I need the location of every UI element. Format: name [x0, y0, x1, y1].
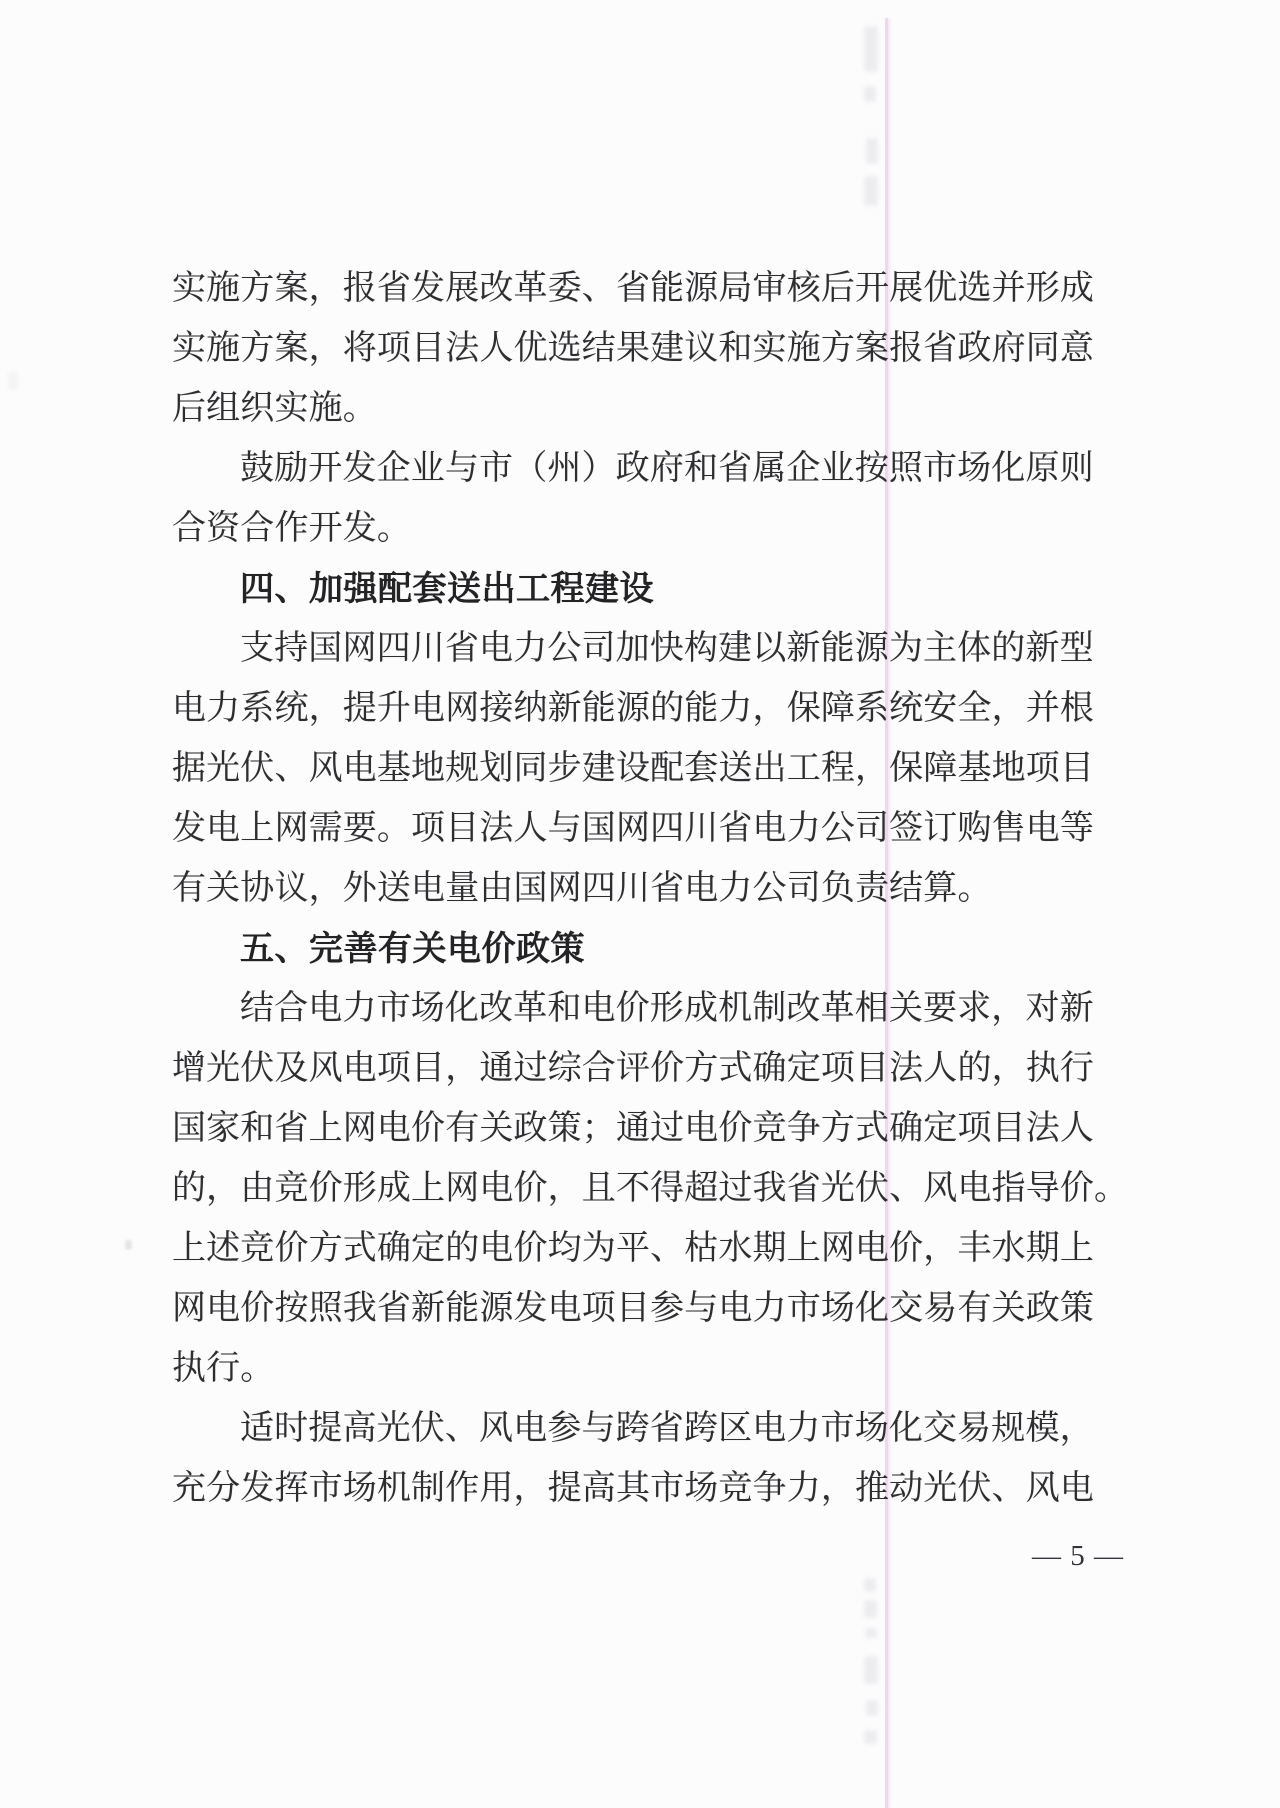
- scan-artifact: [864, 176, 878, 206]
- scan-artifact: [866, 138, 878, 164]
- section-heading-4: 四、加强配套送出工程建设: [172, 559, 1102, 619]
- doc-line: 国家和省上网电价有关政策；通过电价竞争方式确定项目法人: [172, 1099, 1102, 1159]
- doc-line: 实施方案，将项目法人优选结果建议和实施方案报省政府同意: [172, 319, 1102, 379]
- doc-line: 适时提高光伏、风电参与跨省跨区电力市场化交易规模，: [172, 1399, 1102, 1459]
- doc-line: 网电价按照我省新能源发电项目参与电力市场化交易有关政策: [172, 1279, 1102, 1339]
- scan-artifact: [864, 1600, 877, 1618]
- doc-line: 执行。: [172, 1339, 1102, 1399]
- doc-line: 结合电力市场化改革和电价形成机制改革相关要求，对新: [172, 979, 1102, 1039]
- doc-line: 发电上网需要。项目法人与国网四川省电力公司签订购售电等: [172, 799, 1102, 859]
- doc-line: 支持国网四川省电力公司加快构建以新能源为主体的新型: [172, 619, 1102, 679]
- doc-line: 增光伏及风电项目，通过综合评价方式确定项目法人的，执行: [172, 1039, 1102, 1099]
- doc-line: 后组织实施。: [172, 379, 1102, 439]
- scan-artifact: [866, 1700, 878, 1716]
- scan-artifact: [865, 1628, 877, 1638]
- scan-artifact: [864, 1656, 878, 1684]
- scan-speck: [125, 1240, 132, 1250]
- doc-line: 电力系统，提升电网接纳新能源的能力，保障系统安全，并根: [172, 679, 1102, 739]
- doc-line: 的，由竞价形成上网电价，且不得超过我省光伏、风电指导价。: [172, 1159, 1102, 1219]
- scan-artifact: [864, 1578, 876, 1592]
- doc-line: 有关协议，外送电量由国网四川省电力公司负责结算。: [172, 859, 1102, 919]
- document-text: 实施方案，报省发展改革委、省能源局审核后开展优选并形成 实施方案，将项目法人优选…: [172, 259, 1102, 1519]
- scan-artifact: [864, 86, 876, 102]
- doc-line: 鼓励开发企业与市（州）政府和省属企业按照市场化原则: [172, 439, 1102, 499]
- section-heading-5: 五、完善有关电价政策: [172, 919, 1102, 979]
- scan-artifact: [864, 26, 878, 72]
- doc-line: 实施方案，报省发展改革委、省能源局审核后开展优选并形成: [172, 259, 1102, 319]
- doc-line: 上述竞价方式确定的电价均为平、枯水期上网电价，丰水期上: [172, 1219, 1102, 1279]
- doc-line: 充分发挥市场机制作用，提高其市场竞争力，推动光伏、风电: [172, 1459, 1102, 1519]
- doc-line: 据光伏、风电基地规划同步建设配套送出工程，保障基地项目: [172, 739, 1102, 799]
- scan-artifact: [8, 372, 18, 390]
- document-page: 实施方案，报省发展改革委、省能源局审核后开展优选并形成 实施方案，将项目法人优选…: [0, 0, 1280, 1808]
- page-number: — 5 —: [1013, 1534, 1143, 1578]
- doc-line: 合资合作开发。: [172, 499, 1102, 559]
- scan-artifact: [864, 1730, 877, 1744]
